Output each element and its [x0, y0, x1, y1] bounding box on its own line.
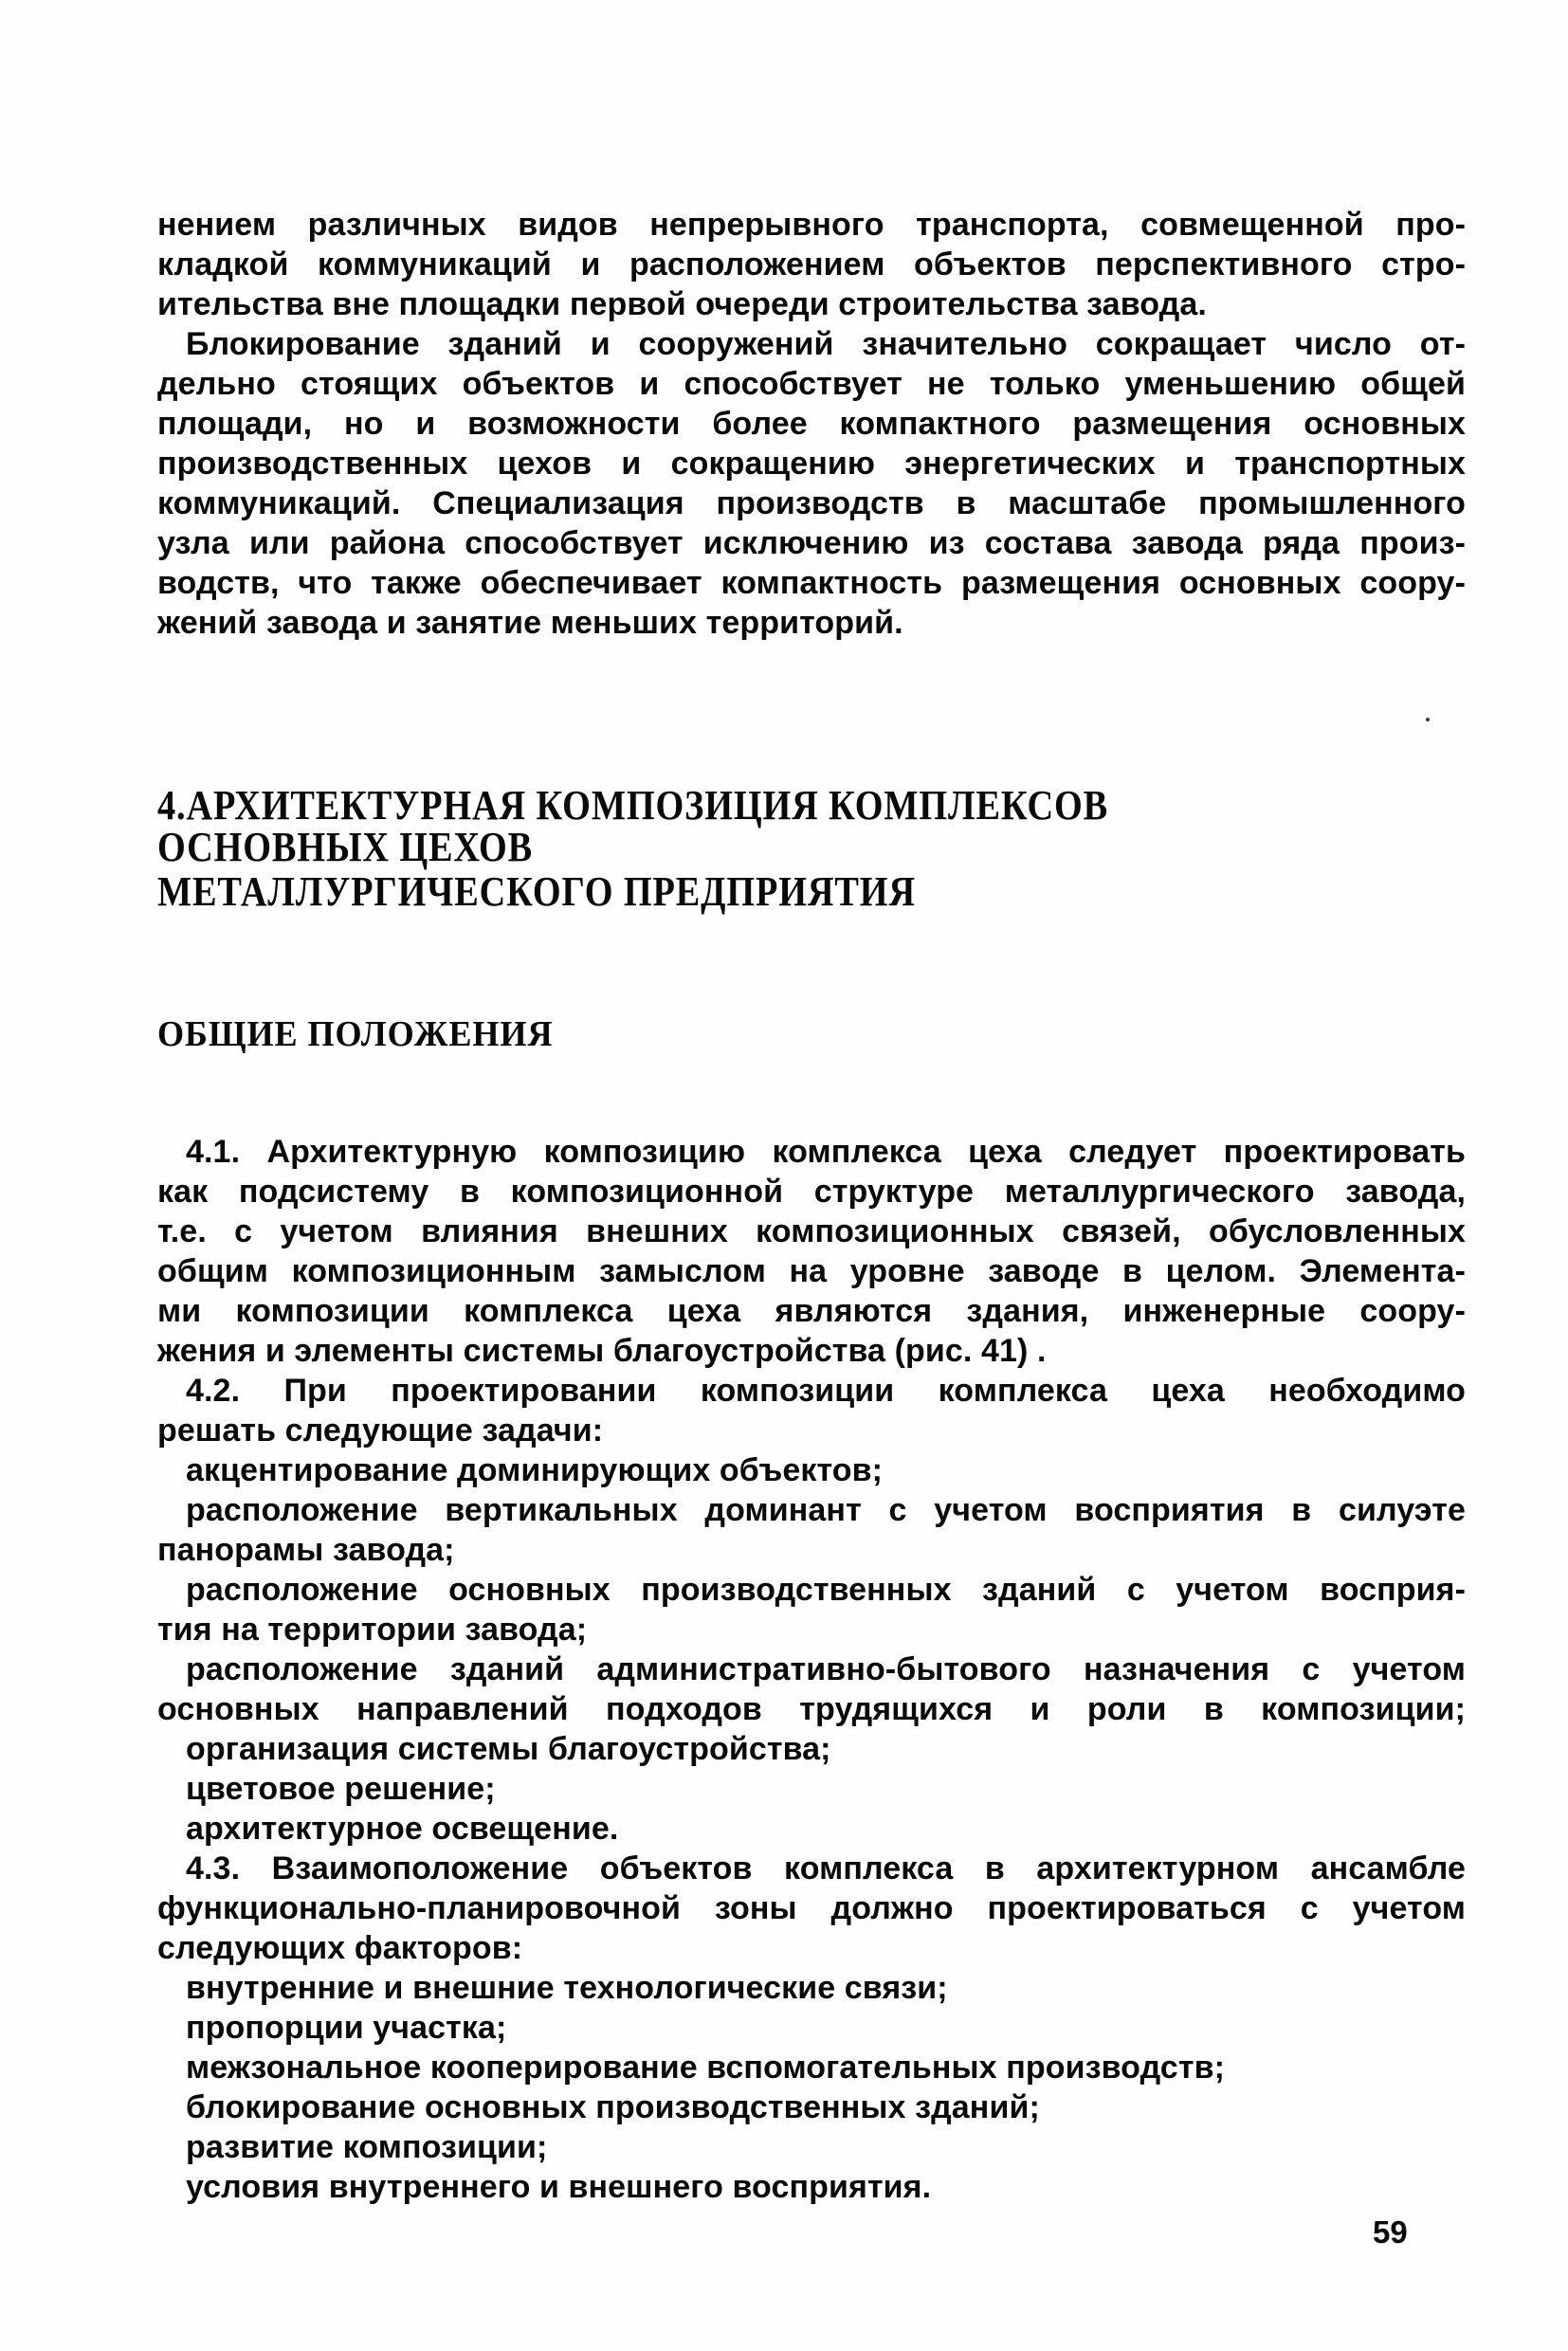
list-item-line: развитие композиции; [157, 2127, 1466, 2167]
list-item-line: панорамы завода; [157, 1530, 1466, 1570]
list-item-line: расположение вертикальных доминант с уче… [157, 1490, 1466, 1530]
list-4-2: акцентирование доминирующих объектов; ра… [157, 1450, 1466, 1849]
text-line: общим композиционным замыслом на уровне … [157, 1251, 1466, 1291]
text-line: нением различных видов непрерывного тран… [157, 205, 1466, 245]
chapter-heading: 4.АРХИТЕКТУРНАЯ КОМПОЗИЦИЯ КОМПЛЕКСОВ ОС… [157, 785, 1466, 913]
list-item-line: расположение основных производственных з… [157, 1570, 1466, 1610]
page-number: 59 [1373, 2215, 1408, 2250]
text-line: ми композиции комплекса цеха являются зд… [157, 1291, 1466, 1331]
text-line: 4.1. Архитектурную композицию комплекса … [157, 1132, 1466, 1172]
text-line: кладкой коммуникаций и расположением объ… [157, 245, 1466, 284]
text-line: 4.3. Взаимоположение объектов комплекса … [157, 1849, 1466, 1888]
text-line: следующих факторов: [157, 1928, 1466, 1968]
text-line: функционально-планировочной зоны должно … [157, 1888, 1466, 1928]
section-heading: ОБЩИЕ ПОЛОЖЕНИЯ [157, 1014, 1400, 1054]
page-content: нением различных видов непрерывного тран… [157, 205, 1466, 2207]
intro-paragraph: нением различных видов непрерывного тран… [157, 205, 1466, 324]
list-item-line: тия на территории завода; [157, 1610, 1466, 1649]
list-item-line: основных направлений подходов трудящихся… [157, 1689, 1466, 1729]
list-item-line: архитектурное освещение. [157, 1809, 1466, 1849]
text-line: как подсистему в композиционной структур… [157, 1172, 1466, 1212]
text-line: жений завода и занятие меньших территори… [157, 603, 1466, 643]
list-item-line: цветовое решение; [157, 1769, 1466, 1809]
text-line: площади, но и возможности более компактн… [157, 404, 1466, 444]
paragraph-4-2: 4.2. При проектировании композиции компл… [157, 1371, 1466, 1450]
scan-artifact-dot [1426, 718, 1430, 721]
list-item-line: организация системы благоустройства; [157, 1729, 1466, 1769]
paragraph-4-1: 4.1. Архитектурную композицию комплекса … [157, 1132, 1466, 1371]
chapter-heading-line: 4.АРХИТЕКТУРНАЯ КОМПОЗИЦИЯ КОМПЛЕКСОВ [157, 785, 1296, 827]
text-line: Блокирование зданий и сооружений значите… [157, 324, 1466, 364]
list-item-line: блокирование основных производственных з… [157, 2087, 1466, 2127]
text-line: водств, что также обеспечивает компактно… [157, 563, 1466, 603]
blocking-paragraph: Блокирование зданий и сооружений значите… [157, 324, 1466, 643]
list-4-3: внутренние и внешние технологические свя… [157, 1968, 1466, 2207]
list-item-line: расположение зданий административно-быто… [157, 1649, 1466, 1689]
text-line: жения и элементы системы благоустройства… [157, 1331, 1466, 1371]
text-line: коммуникаций. Специализация производств … [157, 483, 1466, 523]
text-line: производственных цехов и сокращению энер… [157, 444, 1466, 483]
text-line: т.е. с учетом влияния внешних композицио… [157, 1212, 1466, 1251]
text-line: решать следующие задачи: [157, 1411, 1466, 1450]
chapter-heading-line: ОСНОВНЫХ ЦЕХОВ [157, 827, 1296, 868]
list-item-line: условия внутреннего и внешнего восприяти… [157, 2167, 1466, 2207]
text-line: дельно стоящих объектов и способствует н… [157, 364, 1466, 404]
document-page: нением различных видов непрерывного тран… [0, 0, 1568, 2351]
chapter-heading-line: МЕТАЛЛУРГИЧЕСКОГО ПРЕДПРИЯТИЯ [157, 871, 1296, 913]
list-item-line: внутренние и внешние технологические свя… [157, 1968, 1466, 2008]
list-item-line: межзональное кооперирование вспомогатель… [157, 2048, 1466, 2087]
paragraph-4-3: 4.3. Взаимоположение объектов комплекса … [157, 1849, 1466, 1968]
text-line: 4.2. При проектировании композиции компл… [157, 1371, 1466, 1411]
text-line: узла или района способствует исключению … [157, 523, 1466, 563]
list-item-line: пропорции участка; [157, 2008, 1466, 2048]
text-line: ительства вне площадки первой очереди ст… [157, 284, 1466, 324]
list-item-line: акцентирование доминирующих объектов; [157, 1450, 1466, 1490]
